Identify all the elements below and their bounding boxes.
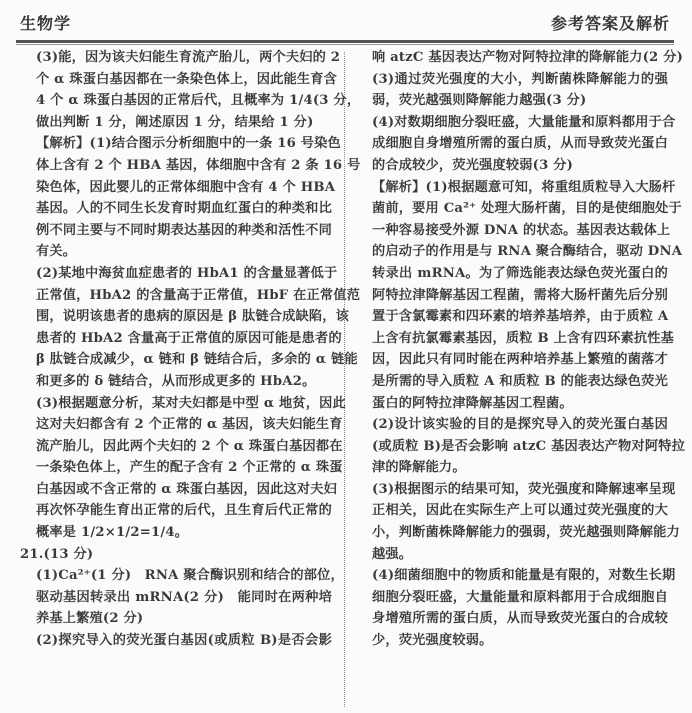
header-rule-thin [16,44,674,45]
left-column: (3)能，因为该夫妇能生育流产胎儿，两个夫妇的 2个 α 珠蛋白基因都在一条染色… [36,47,332,652]
text-line: 上含有抗氯霉素基因，质粒 B 上含有四环素抗性基 [372,328,668,350]
text-line: (3)能，因为该夫妇能生育流产胎儿，两个夫妇的 2 [36,47,332,69]
text-line: (4)细菌细胞中的物质和能量是有限的，对数生长期 [372,565,668,587]
text-line: 越强。 [372,544,668,566]
text-line: 因，因此只有同时能在两种培养基上繁殖的菌落才 [372,349,668,371]
text-line: β 肽链合成减少，α 链和 β 链结合后，多余的 α 链能 [36,349,332,371]
text-line: 基因。人的不同生长发育时期血红蛋白的种类和比 [36,198,332,220]
text-line: 的启动子的作用是与 RNA 聚合酶结合，驱动 DNA [372,241,668,263]
text-line: 患者的 HbA2 含量高于正常值的原因可能是患者的 [36,328,332,350]
text-line: 4 个 α 珠蛋白基因的正常后代，且概率为 1/4(3 分， [36,90,332,112]
text-line: 菌前，要用 Ca²⁺ 处理大肠杆菌，目的是使细胞处于 [372,198,668,220]
text-line: (2)设计该实验的目的是探究导入的荧光蛋白基因 [372,414,668,436]
text-line: 阿特拉津降解基因工程菌，需将大肠杆菌先后分别 [372,285,668,307]
text-line: 弱，荧光越强则降解能力越强(3 分) [372,90,668,112]
text-line: 染色体，因此婴儿的正常体细胞中含有 4 个 HBA [36,177,332,199]
section-title: 参考答案及解析 [551,11,670,34]
text-line: 小，判断菌株降解能力的强弱，荧光越强则降解能力 [372,522,668,544]
text-line: 津的降解能力。 [372,457,668,479]
text-line: 驱动基因转录出 mRNA(2 分) 能同时在两种培 [36,587,332,609]
header-rule [16,40,674,43]
text-line: 流产胎儿，因此两个夫妇的 2 个 α 珠蛋白基因都在 [36,436,332,458]
text-line: 一条染色体上，产生的配子含有 2 个正常的 α 珠蛋 [36,457,332,479]
text-line: 细胞分裂旺盛，大量能量和原料都用于合成细胞自 [372,587,668,609]
page-header: 生物学 参考答案及解析 [20,8,670,38]
text-line: 围，说明该患者的患病的原因是 β 肽链合成缺陷，该 [36,306,332,328]
text-line: 的合成较少，荧光强度较弱(3 分) [372,155,668,177]
subject-title: 生物学 [20,11,71,34]
text-line: 响 atzC 基因表达产物对阿特拉津的降解能力(2 分) [372,47,668,69]
text-line: 正常值，HbA2 的含量高于正常值，HbF 在正常值范 [36,285,332,307]
right-column: 响 atzC 基因表达产物对阿特拉津的降解能力(2 分)(3)通过荧光强度的大小… [372,47,668,652]
text-line: 转录出 mRNA。为了筛选能表达绿色荧光蛋白的 [372,263,668,285]
text-line: 正相关，因此在实际生产上可以通过荧光强度的大 [372,500,668,522]
text-line: 一种容易接受外源 DNA 的状态。基因表达载体上 [372,220,668,242]
text-line: 做出判断 1 分，阐述原因 1 分，结果给 1 分) [36,112,332,134]
text-line: 这对夫妇都含有 2 个正常的 α 基因，该夫妇能生育 [36,414,332,436]
text-line: (3)通过荧光强度的大小，判断菌株降解能力的强 [372,69,668,91]
text-line: 和更多的 δ 链结合，从而形成更多的 HbA2。 [36,371,332,393]
text-line: (或质粒 B)是否会影响 atzC 基因表达产物对阿特拉 [372,436,668,458]
text-line: 【解析】(1)根据题意可知，将重组质粒导入大肠杆 [372,177,668,199]
text-line: (4)对数期细胞分裂旺盛，大量能量和原料都用于合 [372,112,668,134]
text-line: 少，荧光强度较弱。 [372,630,668,652]
text-line: 是所需的导入质粒 A 和质粒 B 的能表达绿色荧光 [372,371,668,393]
text-line: 养基上繁殖(2 分) [36,608,332,630]
text-line: 白基因或不含正常的 α 珠蛋白基因，因此这对夫妇 [36,479,332,501]
text-line: 21.(13 分) [20,544,332,566]
text-line: (2)某地中海贫血症患者的 HbA1 的含量显著低于 [36,263,332,285]
text-line: 概率是 1/2×1/2=1/4。 [36,522,332,544]
text-line: 再次怀孕能生育出正常的后代，且生育后代正常的 [36,500,332,522]
text-line: 个 α 珠蛋白基因都在一条染色体上，因此能生育含 [36,69,332,91]
text-line: (1)Ca²⁺(1 分) RNA 聚合酶识别和结合的部位， [36,565,332,587]
text-line: (2)探究导入的荧光蛋白基因(或质粒 B)是否会影 [36,630,332,652]
text-line: 身增殖所需的蛋白质，从而导致荧光蛋白的合成较 [372,608,668,630]
column-divider [344,52,345,707]
text-line: (3)根据题意分析，某对夫妇都是中型 α 地贫，因此 [36,393,332,415]
text-line: 置于含氯霉素和四环素的培养基培养，由于质粒 A [372,306,668,328]
text-line: 蛋白的阿特拉津降解基因工程菌。 [372,393,668,415]
text-line: 例不同主要与不同时期表达基因的种类和活性不同 [36,220,332,242]
text-line: 成细胞自身增殖所需的蛋白质，从而导致荧光蛋白 [372,133,668,155]
text-line: 有关。 [36,241,332,263]
text-line: 体上含有 2 个 HBA 基因，体细胞中含有 2 条 16 号 [36,155,332,177]
text-line: (3)根据图示的结果可知，荧光强度和降解速率呈现 [372,479,668,501]
text-line: 【解析】(1)结合图示分析细胞中的一条 16 号染色 [36,133,332,155]
